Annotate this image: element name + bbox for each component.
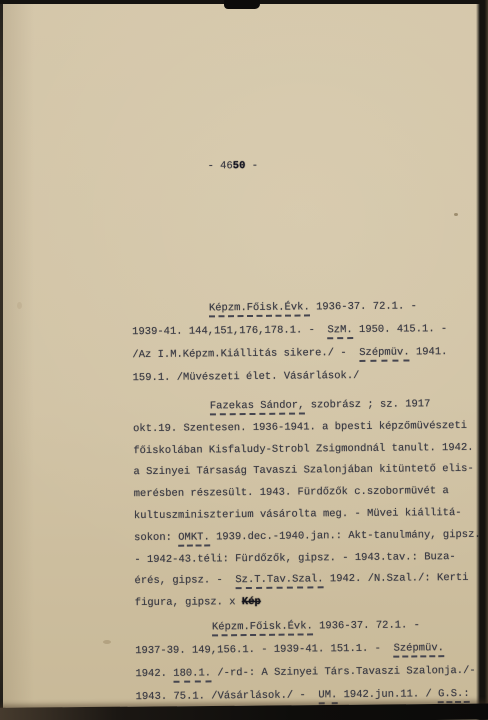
underlined-text: UM. bbox=[318, 689, 337, 704]
underlined-text: G.S.: bbox=[438, 688, 470, 703]
typed-line: főiskolában Kisfaludy-Strobl Zsigmondnál… bbox=[133, 440, 473, 457]
page-content: - 4650 - Képzm.Főisk.Évk. 1936-37. 72.1.… bbox=[0, 0, 488, 720]
typed-line: a Szinyei Társaság Tavaszi Szalonjában k… bbox=[133, 462, 473, 479]
underlined-text: 180.1. bbox=[173, 667, 211, 682]
typed-text: 1939-41. 144,151,176,178.1. - bbox=[132, 324, 327, 338]
underlined-text: Szépmüv. bbox=[359, 346, 410, 361]
typed-text: - 1942-43.téli: Fürdőzők, gipsz. - 1943.… bbox=[134, 551, 455, 566]
typed-text: 1950. 415.1. - bbox=[353, 323, 448, 336]
underlined-text: Sz.T.Tav.Szal. bbox=[235, 574, 323, 590]
typed-text: 1942. bbox=[135, 668, 173, 680]
typed-text: 1942. /N.Szal./: Kerti bbox=[324, 572, 469, 585]
typed-line: Képzm.Főisk.Évk. 1936-37. 72.1. - bbox=[209, 299, 417, 315]
underlined-text: Szépmüv. bbox=[393, 642, 444, 657]
typed-text: okt.19. Szentesen. 1936-1941. a bpesti k… bbox=[133, 420, 467, 435]
underlined-text: SzM. bbox=[327, 324, 352, 339]
page-number-overstrike: 50 bbox=[233, 160, 246, 172]
typed-text: 1943. 75.1. /Vásárlások./ - bbox=[136, 689, 319, 703]
typed-text: merésben részesült. 1943. Fürdőzők c.szo… bbox=[134, 485, 449, 500]
typed-line: Fazekas Sándor, szobrász ; sz. 1917 bbox=[210, 397, 431, 413]
typed-line: 1942. 180.1. /-rd-: A Szinyei Társ.Tavas… bbox=[135, 664, 475, 681]
underlined-text: Képzm.Főisk.Évk. bbox=[209, 301, 310, 317]
scan-edge-right bbox=[476, 0, 488, 720]
typed-text: főiskolában Kisfaludy-Strobl Zsigmondnál… bbox=[133, 441, 473, 456]
typed-line: kultuszminiszterium vásárolta meg. - Müv… bbox=[134, 506, 462, 523]
scan-edge-left bbox=[0, 0, 3, 720]
typed-line: - 1942-43.téli: Fürdőzők, gipsz. - 1943.… bbox=[134, 550, 455, 567]
typed-text: 1942.jun.11. / bbox=[337, 688, 438, 701]
underlined-text: Fazekas Sándor, bbox=[210, 399, 305, 415]
typed-text: a Szinyei Társaság Tavaszi Szalonjában k… bbox=[133, 463, 473, 478]
typed-text: 1937-39. 149,156.1. - 1939-41. 151.1. - bbox=[135, 643, 393, 657]
typed-text: sokon: bbox=[134, 531, 178, 543]
typed-line: 159.1. /Müvészeti élet. Vásárlások./ bbox=[133, 369, 360, 385]
typed-line: Képzm.Főisk.Évk. 1936-37. 72.1. - bbox=[212, 618, 420, 634]
page-number-post: - bbox=[245, 160, 258, 172]
typed-line: merésben részesült. 1943. Fürdőzők c.szo… bbox=[134, 484, 449, 501]
paper-speck bbox=[454, 213, 458, 216]
typed-line: /Az I.M.Képzm.Kiállitás sikere./ - Szépm… bbox=[132, 345, 447, 362]
typed-text: 159.1. /Müvészeti élet. Vásárlások./ bbox=[133, 370, 360, 384]
underlined-text: Képzm.Főisk.Évk. bbox=[212, 620, 313, 636]
typed-line: érés, gipsz. - Sz.T.Tav.Szal. 1942. /N.S… bbox=[134, 571, 468, 588]
scan-edge-top-blob bbox=[224, 0, 260, 9]
struck-out-text: Kép bbox=[242, 596, 261, 608]
typed-line: 1937-39. 149,156.1. - 1939-41. 151.1. - … bbox=[135, 641, 444, 658]
page-number-pre: - 46 bbox=[208, 160, 233, 172]
typed-line: 1939-41. 144,151,176,178.1. - SzM. 1950.… bbox=[132, 322, 447, 339]
typed-line: figura, gipsz. x Kép bbox=[135, 595, 261, 610]
typed-text: érés, gipsz. - bbox=[134, 575, 235, 588]
typed-text: kultuszminiszterium vásárolta meg. - Müv… bbox=[134, 507, 462, 522]
typed-line: sokon: OMKT. 1939.dec.-1940.jan.: Akt-ta… bbox=[134, 528, 481, 545]
page-number: - 4650 - bbox=[208, 160, 259, 172]
scanned-typescript-page: - 4650 - Képzm.Főisk.Évk. 1936-37. 72.1.… bbox=[0, 0, 488, 720]
typed-text: 1936-37. 72.1. - bbox=[313, 619, 420, 632]
typed-text: 1941. bbox=[410, 346, 448, 358]
typed-line: okt.19. Szentesen. 1936-1941. a bpesti k… bbox=[133, 419, 467, 436]
underlined-text: OMKT. bbox=[178, 531, 210, 546]
typed-text: 1936-37. 72.1. - bbox=[310, 300, 417, 313]
typed-text: szobrász ; sz. 1917 bbox=[304, 398, 430, 411]
typed-line: 1943. 75.1. /Vásárlások./ - UM. 1942.jun… bbox=[136, 687, 470, 704]
paper-speck bbox=[103, 640, 111, 644]
paper-speck bbox=[17, 302, 22, 309]
typed-text: figura, gipsz. x bbox=[135, 596, 242, 609]
typed-text: /-rd-: A Szinyei Társ.Tavaszi Szalonja./… bbox=[211, 665, 476, 680]
typed-text: 1939.dec.-1940.jan.: Akt-tanulmány, gips… bbox=[210, 529, 481, 544]
typed-text: /Az I.M.Képzm.Kiállitás sikere./ - bbox=[132, 347, 359, 361]
